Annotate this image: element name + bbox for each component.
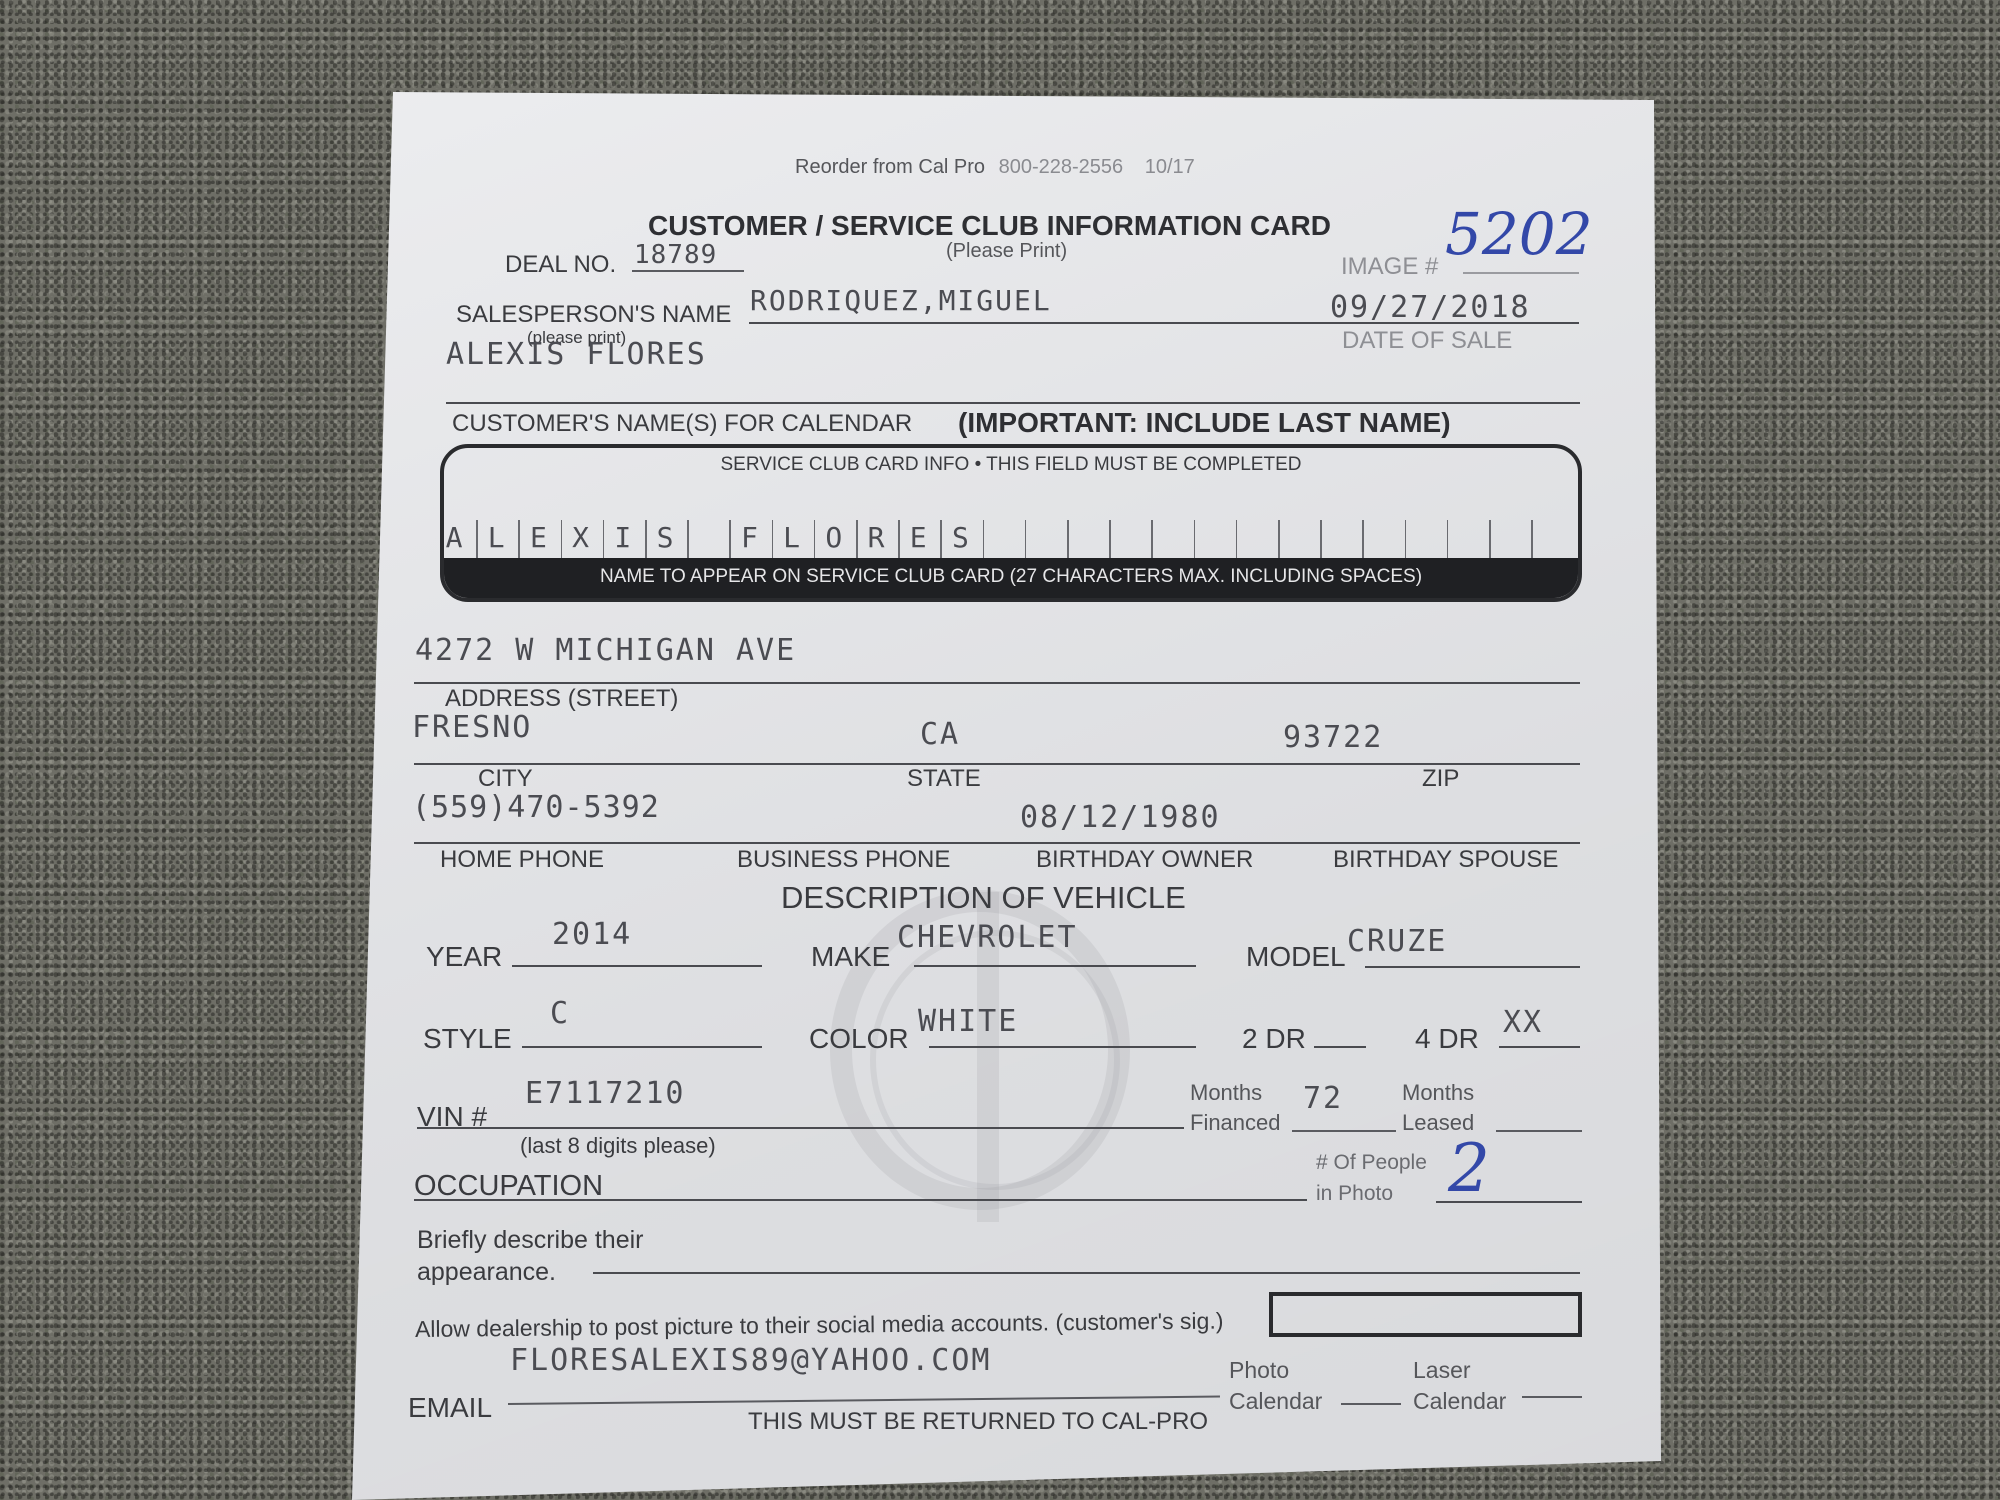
reorder-label: Reorder from Cal Pro bbox=[795, 156, 985, 178]
character-slot-divider bbox=[1067, 520, 1069, 558]
appearance-label-2: appearance. bbox=[417, 1258, 556, 1287]
months-financed-value: 72 bbox=[1303, 1081, 1343, 1116]
character-slot-divider bbox=[645, 520, 647, 558]
form-title: CUSTOMER / SERVICE CLUB INFORMATION CARD bbox=[648, 210, 1331, 242]
city-label: CITY bbox=[478, 765, 533, 793]
service-club-char: L bbox=[779, 521, 807, 554]
email-value: FLORESALEXIS89@YAHOO.COM bbox=[510, 1343, 991, 1378]
character-slot-divider bbox=[856, 520, 858, 558]
appearance-label-1: Briefly describe their bbox=[417, 1226, 643, 1255]
form-version: 10/17 bbox=[1145, 156, 1195, 178]
vehicle-section-title: DESCRIPTION OF VEHICLE bbox=[781, 880, 1186, 916]
character-slot-divider bbox=[772, 520, 774, 558]
address-label: ADDRESS (STREET) bbox=[445, 685, 678, 713]
character-slot-divider bbox=[687, 520, 689, 558]
laser-calendar-label-2: Calendar bbox=[1413, 1388, 1506, 1415]
service-club-char: X bbox=[568, 521, 596, 554]
address-value: 4272 W MICHIGAN AVE bbox=[415, 633, 796, 668]
deal-no-label: DEAL NO. bbox=[505, 251, 616, 279]
character-slot-divider bbox=[1025, 520, 1027, 558]
image-no-underline bbox=[1463, 272, 1579, 274]
email-label: EMAIL bbox=[408, 1392, 492, 1424]
state-label: STATE bbox=[907, 765, 981, 793]
customer-names-note: (IMPORTANT: INCLUDE LAST NAME) bbox=[958, 407, 1451, 439]
people-in-photo-label-2: in Photo bbox=[1316, 1182, 1393, 1206]
date-of-sale-value: 09/27/2018 bbox=[1330, 290, 1531, 325]
laser-calendar-label-1: Laser bbox=[1413, 1357, 1471, 1384]
service-club-header: SERVICE CLUB CARD INFO • THIS FIELD MUST… bbox=[444, 454, 1578, 476]
image-no-label: IMAGE # bbox=[1341, 253, 1438, 281]
character-slot-divider bbox=[1531, 520, 1533, 558]
months-financed-underline bbox=[1292, 1130, 1396, 1132]
character-slot-divider bbox=[518, 520, 520, 558]
model-label: MODEL bbox=[1246, 941, 1346, 973]
service-club-char: E bbox=[525, 521, 553, 554]
character-slot-divider bbox=[1405, 520, 1407, 558]
cal-pro-watermark-ring bbox=[870, 930, 1120, 1190]
city-value: FRESNO bbox=[412, 710, 532, 745]
customer-names-label: CUSTOMER'S NAME(S) FOR CALENDAR bbox=[452, 410, 912, 438]
months-financed-label-1: Months bbox=[1190, 1080, 1262, 1106]
character-slot-divider bbox=[561, 520, 563, 558]
service-club-char: R bbox=[863, 521, 891, 554]
character-slot-divider bbox=[1320, 520, 1322, 558]
photo-calendar-label-2: Calendar bbox=[1229, 1388, 1322, 1415]
zip-label: ZIP bbox=[1422, 765, 1459, 793]
character-slot-divider bbox=[476, 520, 478, 558]
image-no-handwritten: 5202 bbox=[1445, 200, 1593, 268]
people-in-photo-label-1: # Of People bbox=[1316, 1151, 1427, 1175]
character-slot-divider bbox=[940, 520, 942, 558]
character-slot-divider bbox=[814, 520, 816, 558]
make-label: MAKE bbox=[811, 941, 890, 973]
reorder-phone: 800-228-2556 bbox=[999, 156, 1124, 178]
birthday-spouse-label: BIRTHDAY SPOUSE bbox=[1333, 846, 1558, 874]
months-financed-label-2: Financed bbox=[1190, 1110, 1281, 1136]
vin-value: E7117210 bbox=[525, 1076, 686, 1111]
color-label: COLOR bbox=[809, 1023, 909, 1055]
customer-name-value: ALEXIS FLORES bbox=[446, 337, 707, 372]
vin-note: (last 8 digits please) bbox=[520, 1133, 716, 1159]
color-value: WHITE bbox=[918, 1004, 1018, 1039]
service-club-char: L bbox=[483, 521, 511, 554]
service-club-char: A bbox=[441, 521, 469, 554]
service-club-char: I bbox=[610, 521, 638, 554]
model-underline bbox=[1365, 966, 1580, 968]
style-value: C bbox=[550, 996, 570, 1031]
home-phone-value: (559)470-5392 bbox=[412, 790, 660, 825]
laser-calendar-underline bbox=[1522, 1396, 1582, 1398]
year-underline bbox=[512, 965, 762, 967]
salesperson-value: RODRIQUEZ,MIGUEL bbox=[750, 284, 1052, 317]
please-print-note: (Please Print) bbox=[946, 240, 1067, 263]
character-slot-divider bbox=[898, 520, 900, 558]
service-club-card-box: SERVICE CLUB CARD INFO • THIS FIELD MUST… bbox=[440, 444, 1582, 602]
character-slot-divider bbox=[1278, 520, 1280, 558]
service-club-footer: NAME TO APPEAR ON SERVICE CLUB CARD (27 … bbox=[444, 558, 1578, 598]
model-value: CRUZE bbox=[1347, 924, 1447, 959]
character-slot-divider bbox=[1489, 520, 1491, 558]
make-underline bbox=[914, 965, 1196, 967]
color-underline bbox=[929, 1046, 1196, 1048]
zip-value: 93722 bbox=[1283, 720, 1383, 755]
service-club-char: F bbox=[736, 521, 764, 554]
character-slot-divider bbox=[729, 520, 731, 558]
salesperson-label: SALESPERSON'S NAME bbox=[456, 301, 731, 329]
occupation-underline bbox=[414, 1199, 1307, 1201]
home-phone-label: HOME PHONE bbox=[440, 846, 604, 874]
appearance-underline bbox=[593, 1272, 1580, 1274]
year-value: 2014 bbox=[552, 917, 632, 952]
photo-calendar-label-1: Photo bbox=[1229, 1357, 1289, 1384]
service-club-char: S bbox=[652, 521, 680, 554]
four-door-value: XX bbox=[1503, 1005, 1543, 1040]
vin-underline bbox=[417, 1127, 1184, 1129]
birthday-owner-label: BIRTHDAY OWNER bbox=[1036, 846, 1253, 874]
two-door-label: 2 DR bbox=[1242, 1023, 1306, 1055]
year-label: YEAR bbox=[426, 941, 502, 973]
state-value: CA bbox=[920, 717, 960, 752]
date-of-sale-label: DATE OF SALE bbox=[1342, 327, 1512, 355]
make-value: CHEVROLET bbox=[897, 920, 1078, 955]
months-leased-label-1: Months bbox=[1402, 1080, 1474, 1106]
photo-calendar-underline bbox=[1341, 1403, 1401, 1405]
phone-underline bbox=[414, 842, 1580, 844]
style-underline bbox=[522, 1046, 762, 1048]
customer-underline bbox=[446, 402, 1580, 404]
birthday-owner-value: 08/12/1980 bbox=[1020, 800, 1221, 835]
character-slot-divider bbox=[983, 520, 985, 558]
service-club-char: E bbox=[905, 521, 933, 554]
character-slot-divider bbox=[1362, 520, 1364, 558]
city-underline bbox=[414, 763, 1580, 765]
character-slot-divider bbox=[1236, 520, 1238, 558]
reorder-text: Reorder from Cal Pro 800-228-2556 10/17 bbox=[795, 156, 1195, 179]
character-slot-divider bbox=[1447, 520, 1449, 558]
customer-signature-box[interactable] bbox=[1269, 1292, 1582, 1337]
four-door-underline bbox=[1499, 1046, 1580, 1048]
people-in-photo-handwritten: 2 bbox=[1448, 1130, 1490, 1207]
service-club-char: O bbox=[821, 521, 849, 554]
character-slot-divider bbox=[603, 520, 605, 558]
two-door-underline bbox=[1314, 1046, 1366, 1048]
business-phone-label: BUSINESS PHONE bbox=[737, 846, 950, 874]
service-club-char: S bbox=[947, 521, 975, 554]
character-slot-divider bbox=[1109, 520, 1111, 558]
people-in-photo-underline bbox=[1436, 1201, 1582, 1203]
deal-no-value: 18789 bbox=[634, 240, 717, 270]
character-slot-divider bbox=[1194, 520, 1196, 558]
return-note: THIS MUST BE RETURNED TO CAL-PRO bbox=[748, 1408, 1208, 1436]
deal-no-underline bbox=[632, 270, 744, 272]
four-door-label: 4 DR bbox=[1415, 1023, 1479, 1055]
address-underline bbox=[414, 682, 1580, 684]
months-leased-underline bbox=[1496, 1130, 1582, 1132]
style-label: STYLE bbox=[423, 1023, 512, 1055]
character-slot-divider bbox=[1151, 520, 1153, 558]
